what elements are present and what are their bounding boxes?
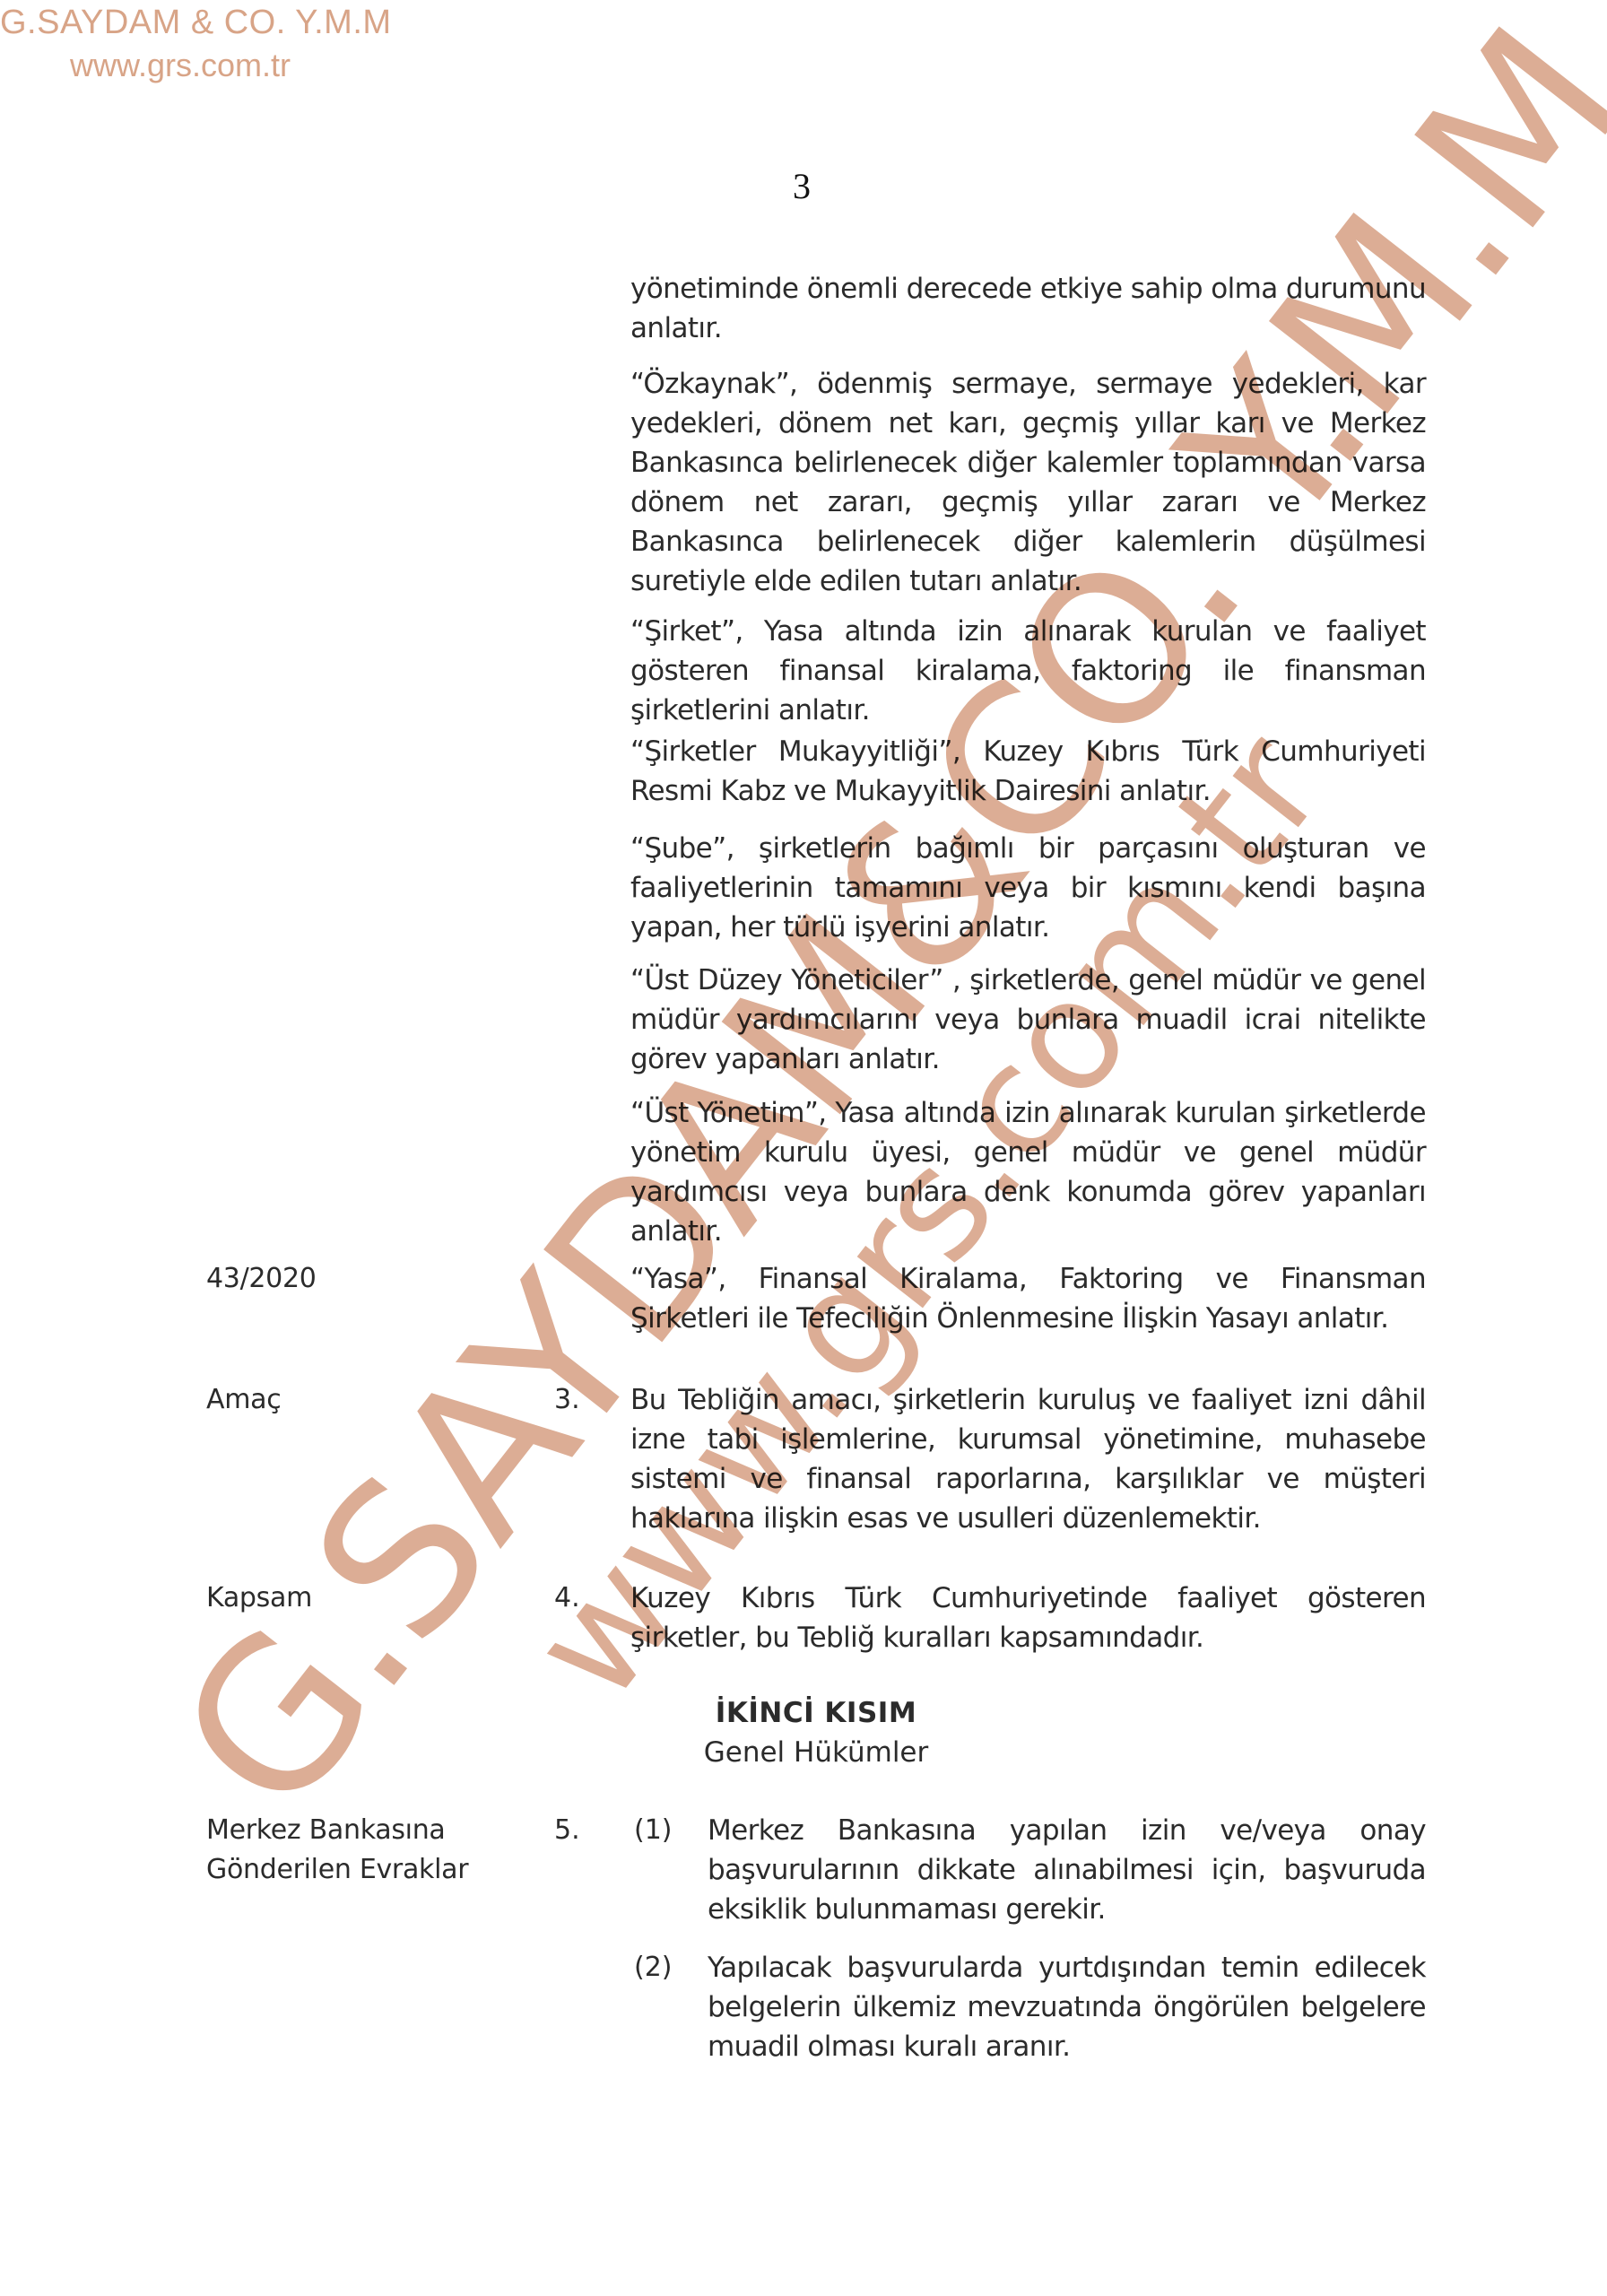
watermark-firm-name: G.SAYDAM&CO. Y.M.M — [135, 0, 1607, 1856]
watermark-website: www.grs.com.tr — [498, 703, 1356, 1733]
watermark-layer: G.SAYDAM&CO. Y.M.M www.grs.com.tr — [0, 0, 1607, 2296]
